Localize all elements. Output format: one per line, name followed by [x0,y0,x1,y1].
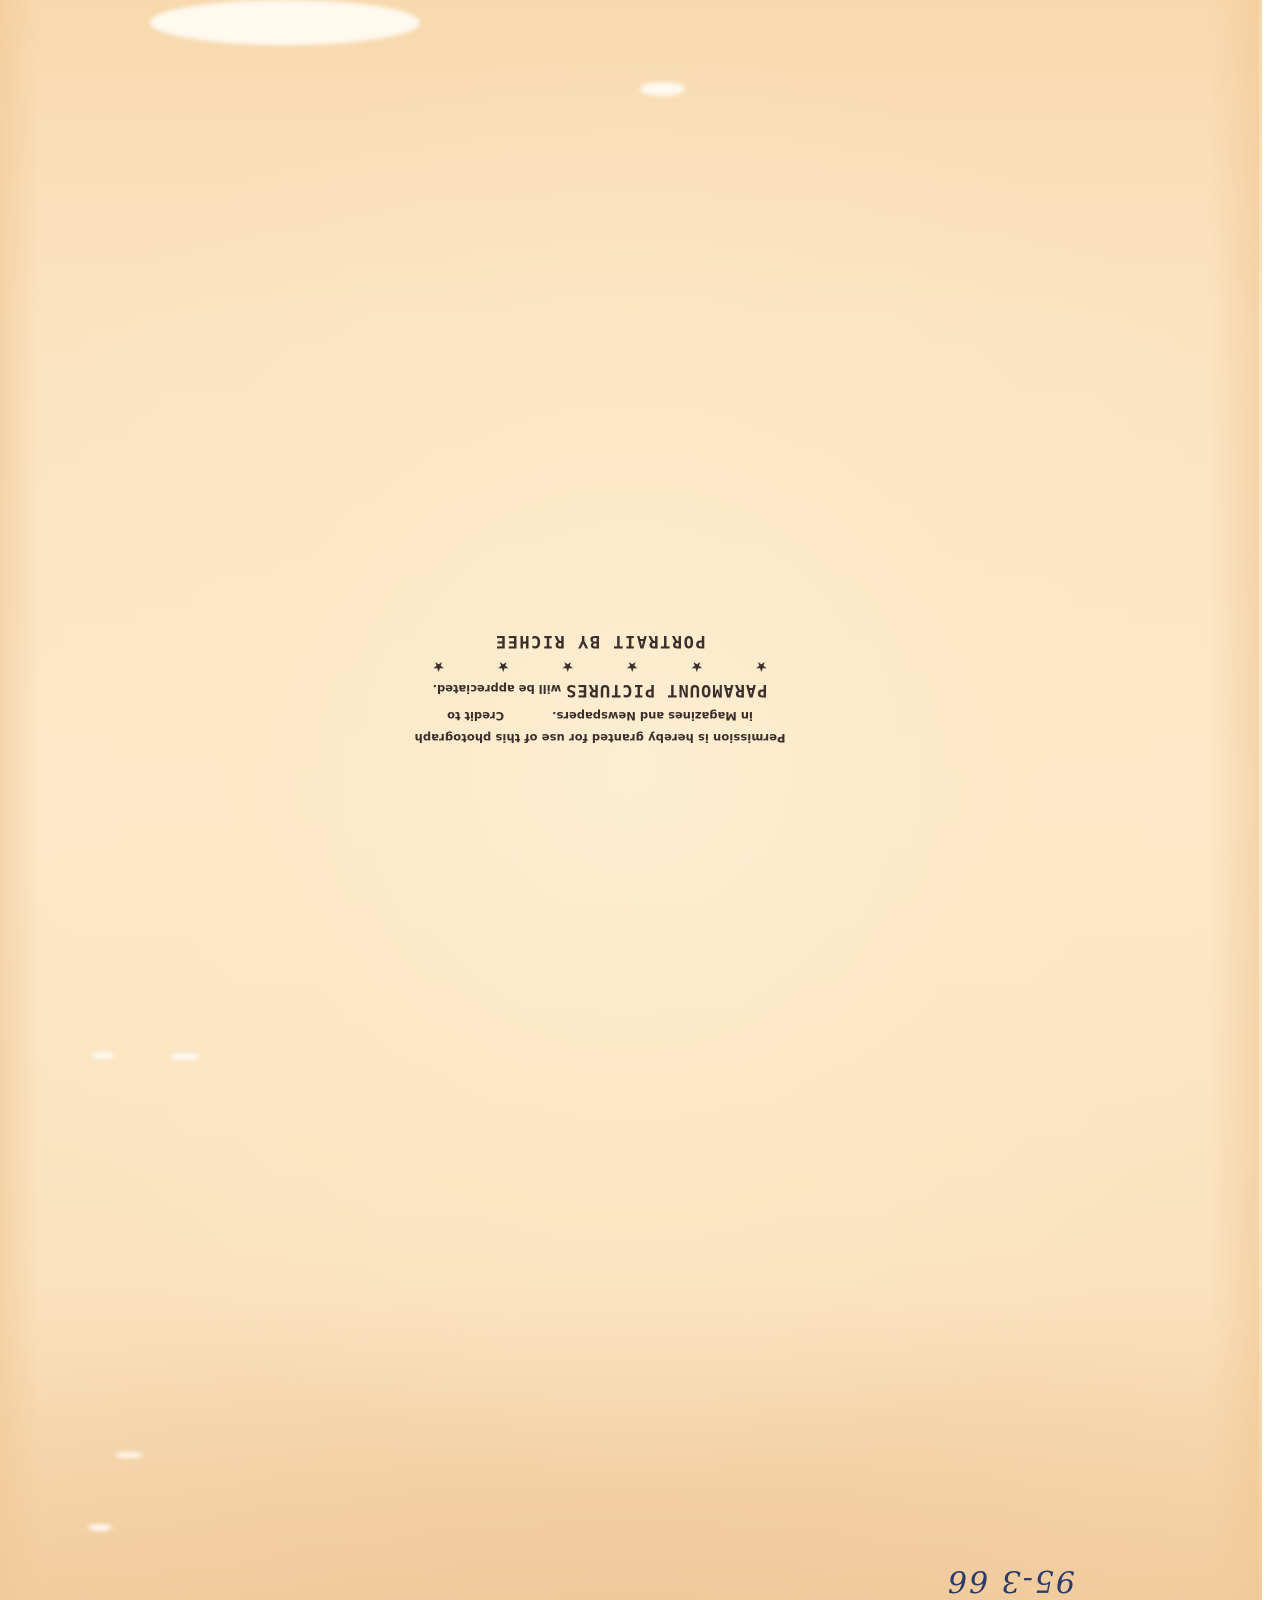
paper-wear-spot [170,1053,200,1060]
paper-wear-spot [150,0,420,45]
stamp-permission-line: Permission is hereby granted for use of … [380,731,820,745]
handwritten-note: 95-3 66 [945,1548,1075,1598]
paper-wear-spot [88,1524,112,1531]
photo-back-paper: Permission is hereby granted for use of … [0,0,1262,1600]
stamp-studio-line: PARAMOUNT PICTURES will be appreciated. [380,680,820,700]
star-row-icon: ★★★★★★ [380,657,820,674]
stamp-photographer-credit: PORTRAIT BY RICHEE [380,631,820,651]
stamp-publication-line: in Magazines and Newspapers.Credit to [380,709,820,723]
paper-wear-spot [115,1452,143,1458]
paper-stain-left [0,0,40,1600]
stamp-appreciated: will be appreciated. [433,682,562,696]
permission-stamp: Permission is hereby granted for use of … [380,595,820,745]
paper-wear-spot [92,1052,114,1059]
stamp-publications: in Magazines and Newspapers. [552,709,753,723]
stamp-credit-to: Credit to [447,709,504,723]
paper-wear-spot [640,82,685,96]
stamp-studio-name: PARAMOUNT PICTURES [565,680,767,700]
paper-stain-right [1209,0,1259,1600]
